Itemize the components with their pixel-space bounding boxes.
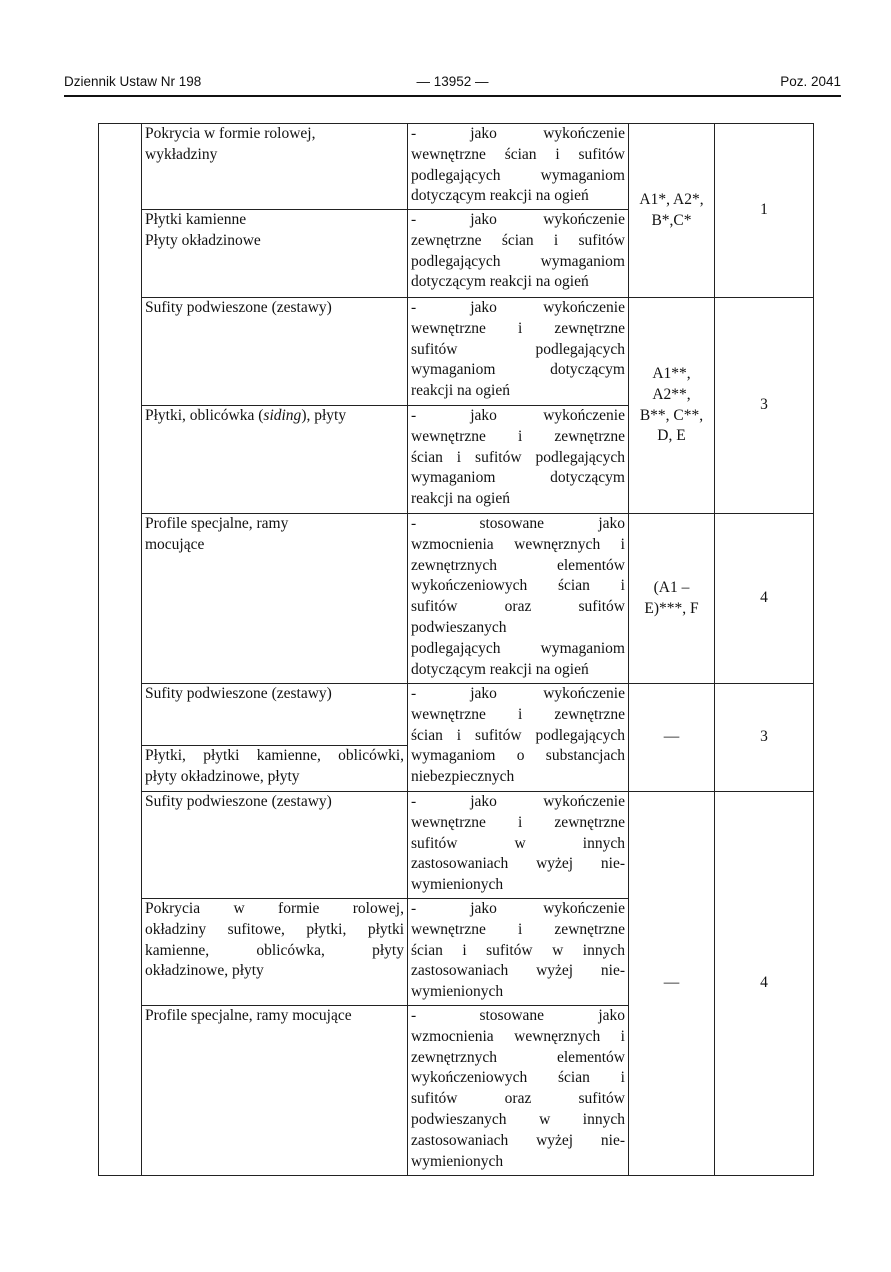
system-cell: 3 — [715, 298, 814, 514]
number-column-cell — [99, 124, 142, 1176]
use-text: ścian i sufitów podlegających — [411, 448, 625, 469]
product-cell: Profile specjalne, ramy mocujące — [142, 514, 408, 684]
use-text: reakcji na ogień — [411, 489, 625, 510]
class-text: B**, C**, — [632, 406, 711, 427]
class-text: A1**, — [632, 364, 711, 385]
use-text: zastosowaniach wyżej nie- — [411, 854, 625, 875]
use-text: reakcji na ogień — [411, 381, 625, 402]
use-text: - jako wykończenie — [411, 124, 625, 145]
reaction-class-cell: (A1 – E)***, F — [629, 514, 715, 684]
use-text: - jako wykończenie — [411, 899, 625, 920]
use-cell: - jako wykończenie wewnętrzne i zewnętrz… — [408, 684, 629, 792]
product-text: Płytki, płytki kamienne, oblicówki, — [145, 746, 404, 767]
class-text: (A1 – — [632, 578, 711, 599]
product-cell: Płytki, oblicówka (siding), płyty — [142, 406, 408, 514]
product-cell: Płytki kamienne Płyty okładzinowe — [142, 210, 408, 298]
reaction-class-cell: A1**, A2**, B**, C**, D, E — [629, 298, 715, 514]
use-text: wymaganiom dotyczącym — [411, 468, 625, 489]
use-text: - jako wykończenie — [411, 298, 625, 319]
use-text: wewnętrzne i zewnętrzne — [411, 427, 625, 448]
product-text: okładzinowe, płyty — [145, 961, 404, 982]
use-text: wymienionych — [411, 1152, 625, 1173]
use-text: wzmocnienia wewnęrznych i — [411, 535, 625, 556]
class-text: A2**, — [632, 385, 711, 406]
system-cell: 1 — [715, 124, 814, 298]
class-text: B*,C* — [632, 211, 711, 232]
use-text: sufitów oraz sufitów — [411, 1089, 625, 1110]
page-header: Dziennik Ustaw Nr 198 — 13952 — Poz. 204… — [64, 74, 841, 94]
product-text: płyty okładzinowe, płyty — [145, 767, 404, 788]
use-text: - stosowane jako — [411, 1006, 625, 1027]
use-text: wymaganiom dotyczącym — [411, 360, 625, 381]
use-text: zastosowaniach wyżej nie- — [411, 961, 625, 982]
product-cell: Sufity podwieszone (zestawy) — [142, 792, 408, 899]
reaction-class-cell: — — [629, 684, 715, 792]
use-text: podwieszanych — [411, 618, 625, 639]
use-cell: - jako wykończenie wewnętrzne ścian i su… — [408, 124, 629, 210]
use-text: podlegających wymaganiom — [411, 639, 625, 660]
use-text: zewnętrznych elementów — [411, 556, 625, 577]
use-text: wymienionych — [411, 875, 625, 896]
product-text: kamienne, oblicówka, płyty — [145, 941, 404, 962]
product-text: Płytki, oblicówka ( — [145, 407, 263, 424]
use-text: sufitów w innych — [411, 834, 625, 855]
product-text: ), płyty — [301, 407, 346, 424]
use-cell: - jako wykończenie wewnętrzne i zewnętrz… — [408, 899, 629, 1006]
product-cell: Sufity podwieszone (zestawy) — [142, 298, 408, 406]
use-text: sufitów podlegających — [411, 340, 625, 361]
use-text: - jako wykończenie — [411, 406, 625, 427]
product-text: Pokrycia w formie rolowej, — [145, 899, 404, 920]
use-text: wykończeniowych ścian i — [411, 1068, 625, 1089]
use-cell: - jako wykończenie wewnętrzne i zewnętrz… — [408, 792, 629, 899]
product-cell: Profile specjalne, ramy mocujące — [142, 1006, 408, 1176]
use-text: wewnętrzne i zewnętrzne — [411, 319, 625, 340]
use-text: - jako wykończenie — [411, 792, 625, 813]
use-text: wzmocnienia wewnęrznych i — [411, 1027, 625, 1048]
use-text: wewnętrzne i zewnętrzne — [411, 705, 625, 726]
product-cell: Płytki, płytki kamienne, oblicówki, płyt… — [142, 746, 408, 792]
system-cell: 4 — [715, 792, 814, 1176]
use-text: zewnętrzne ścian i sufitów — [411, 231, 625, 252]
product-text: Profile specjalne, ramy — [145, 514, 404, 535]
product-text: Płytki kamienne — [145, 210, 404, 231]
use-text: - stosowane jako — [411, 514, 625, 535]
table-row: Sufity podwieszone (zestawy) - jako wyko… — [99, 298, 814, 406]
use-cell: - jako wykończenie wewnętrzne i zewnętrz… — [408, 406, 629, 514]
system-cell: 4 — [715, 514, 814, 684]
header-rule — [64, 95, 841, 97]
product-text-italic: siding — [263, 407, 301, 424]
table-row: Profile specjalne, ramy mocujące - stoso… — [99, 514, 814, 684]
use-text: zewnętrznych elementów — [411, 1048, 625, 1069]
use-text: dotyczącym reakcji na ogień — [411, 272, 625, 293]
class-text: E)***, F — [632, 599, 711, 620]
page-number: — 13952 — — [64, 74, 841, 89]
use-text: ścian i sufitów podlegających — [411, 726, 625, 747]
table-row: Sufity podwieszone (zestawy) - jako wyko… — [99, 684, 814, 746]
product-text: wykładziny — [145, 145, 404, 166]
use-text: dotyczącym reakcji na ogień — [411, 186, 625, 207]
class-text: D, E — [632, 426, 711, 447]
use-cell: - stosowane jako wzmocnienia wewnęrznych… — [408, 1006, 629, 1176]
position-number: Poz. 2041 — [780, 74, 841, 89]
use-text: wewnętrzne i zewnętrzne — [411, 920, 625, 941]
reaction-class-cell: A1*, A2*, B*,C* — [629, 124, 715, 298]
product-text: Płyty okładzinowe — [145, 231, 404, 252]
product-text: mocujące — [145, 535, 404, 556]
use-text: ścian i sufitów w innych — [411, 941, 625, 962]
classification-table: Pokrycia w formie rolowej, wykładziny - … — [98, 123, 814, 1176]
use-text: niebezpiecznych — [411, 767, 625, 788]
use-text: podwieszanych w innych — [411, 1110, 625, 1131]
use-text: podlegających wymaganiom — [411, 252, 625, 273]
use-text: wykończeniowych ścian i — [411, 576, 625, 597]
use-text: sufitów oraz sufitów — [411, 597, 625, 618]
use-cell: - jako wykończenie wewnętrzne i zewnętrz… — [408, 298, 629, 406]
product-text: okładziny sufitowe, płytki, płytki — [145, 920, 404, 941]
use-text: wewnętrzne i zewnętrzne — [411, 813, 625, 834]
use-cell: - stosowane jako wzmocnienia wewnęrznych… — [408, 514, 629, 684]
table-row: Pokrycia w formie rolowej, wykładziny - … — [99, 124, 814, 210]
product-text: Pokrycia w formie rolowej, — [145, 124, 404, 145]
use-text: - jako wykończenie — [411, 210, 625, 231]
use-text: wymaganiom o substancjach — [411, 746, 625, 767]
product-cell: Sufity podwieszone (zestawy) — [142, 684, 408, 746]
use-cell: - jako wykończenie zewnętrzne ścian i su… — [408, 210, 629, 298]
system-cell: 3 — [715, 684, 814, 792]
product-cell: Pokrycia w formie rolowej, wykładziny — [142, 124, 408, 210]
use-text: wymienionych — [411, 982, 625, 1003]
use-text: zastosowaniach wyżej nie- — [411, 1131, 625, 1152]
use-text: podlegających wymaganiom — [411, 166, 625, 187]
product-cell: Pokrycia w formie rolowej, okładziny suf… — [142, 899, 408, 1006]
table-row: Sufity podwieszone (zestawy) - jako wyko… — [99, 792, 814, 899]
class-text: A1*, A2*, — [632, 190, 711, 211]
use-text: - jako wykończenie — [411, 684, 625, 705]
reaction-class-cell: — — [629, 792, 715, 1176]
use-text: dotyczącym reakcji na ogień — [411, 660, 625, 681]
use-text: wewnętrzne ścian i sufitów — [411, 145, 625, 166]
